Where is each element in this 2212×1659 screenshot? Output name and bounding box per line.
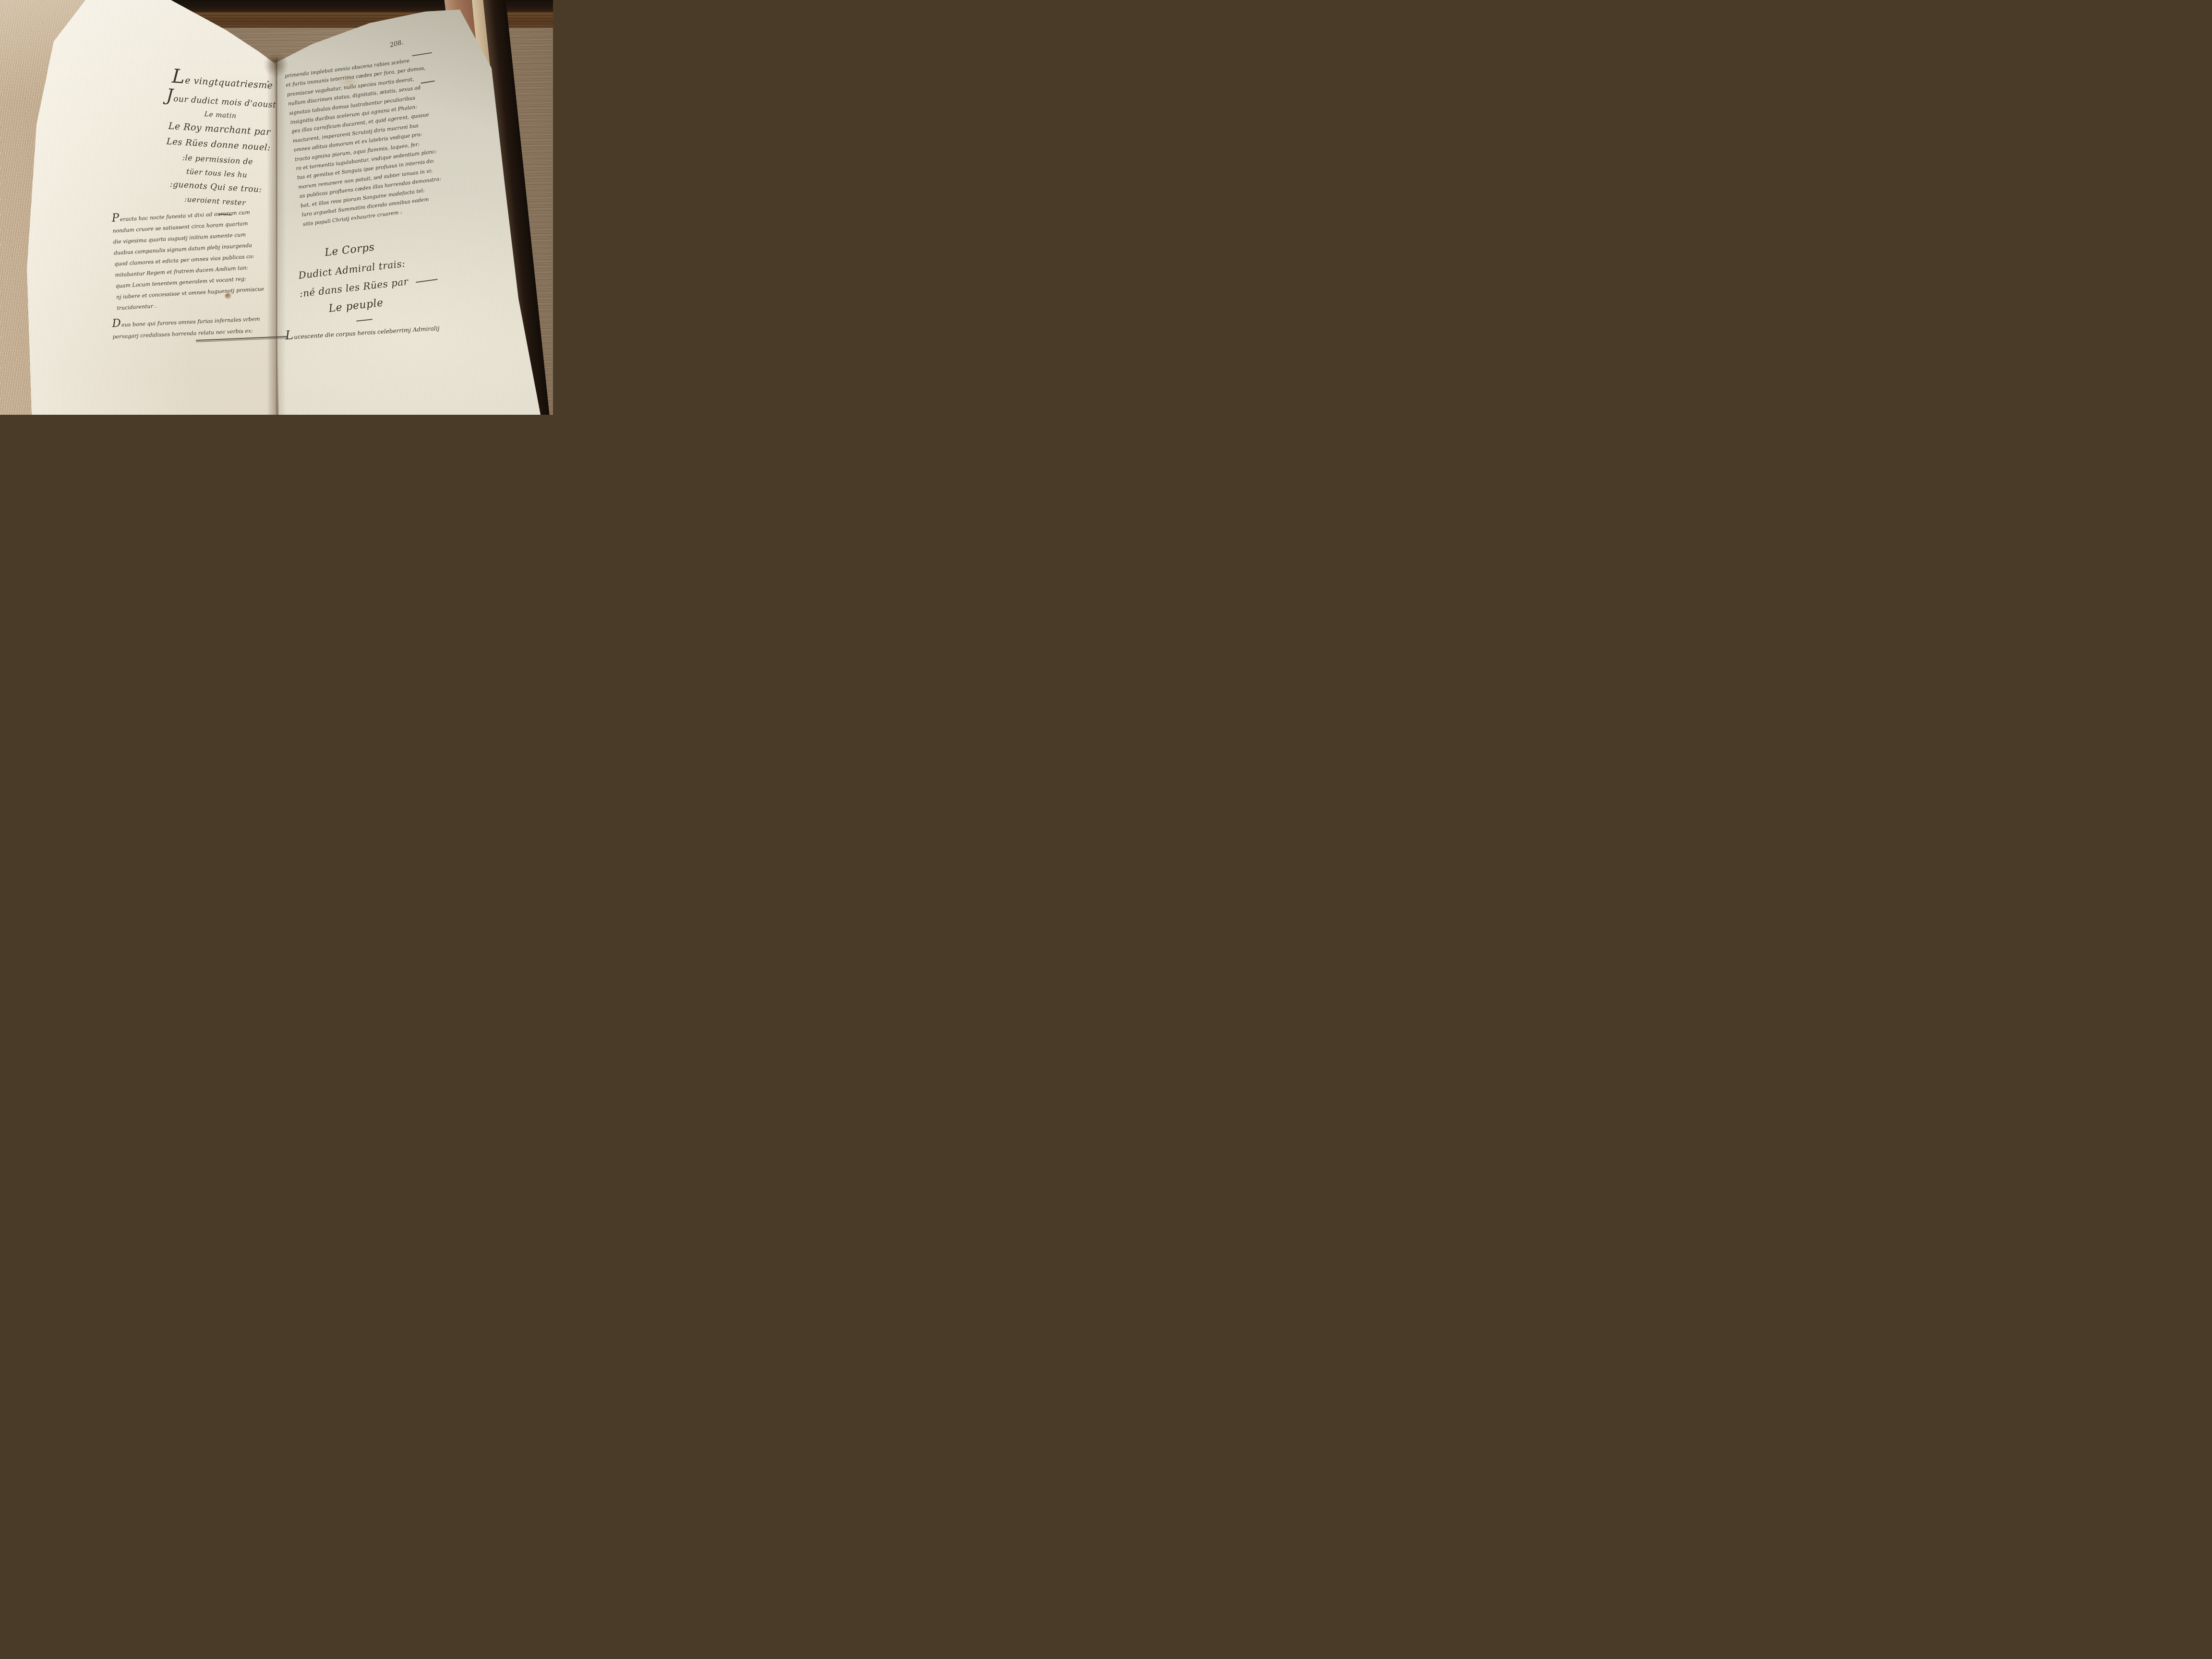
left-page-heading: Le vingtquatriesme Jour dudict mois d'ao… [149,69,289,209]
photo-open-manuscript-book: Le vingtquatriesme Jour dudict mois d'ao… [0,0,553,415]
paper-speck [267,81,269,83]
right-page-latin-text: primenda implebat omnia obscena rabies s… [284,53,456,229]
heading-line: :le permission de [151,151,284,168]
right-page-heading: Le Corps Dudict Admiral trais: :né dans … [285,237,421,319]
heading-line: Jour dudict mois d'aoust [155,89,288,111]
heading-line: Le Roy marchant par [153,120,286,139]
heading-line: Les Rües donne nouel: [152,136,285,154]
heading-line: :guenots Qui se trou: [150,178,283,196]
left-page-paragraph: Peracta hac nocte funesta vt dixi ad aur… [112,204,300,314]
paper-stain [333,70,364,93]
ink-stain [225,293,232,299]
